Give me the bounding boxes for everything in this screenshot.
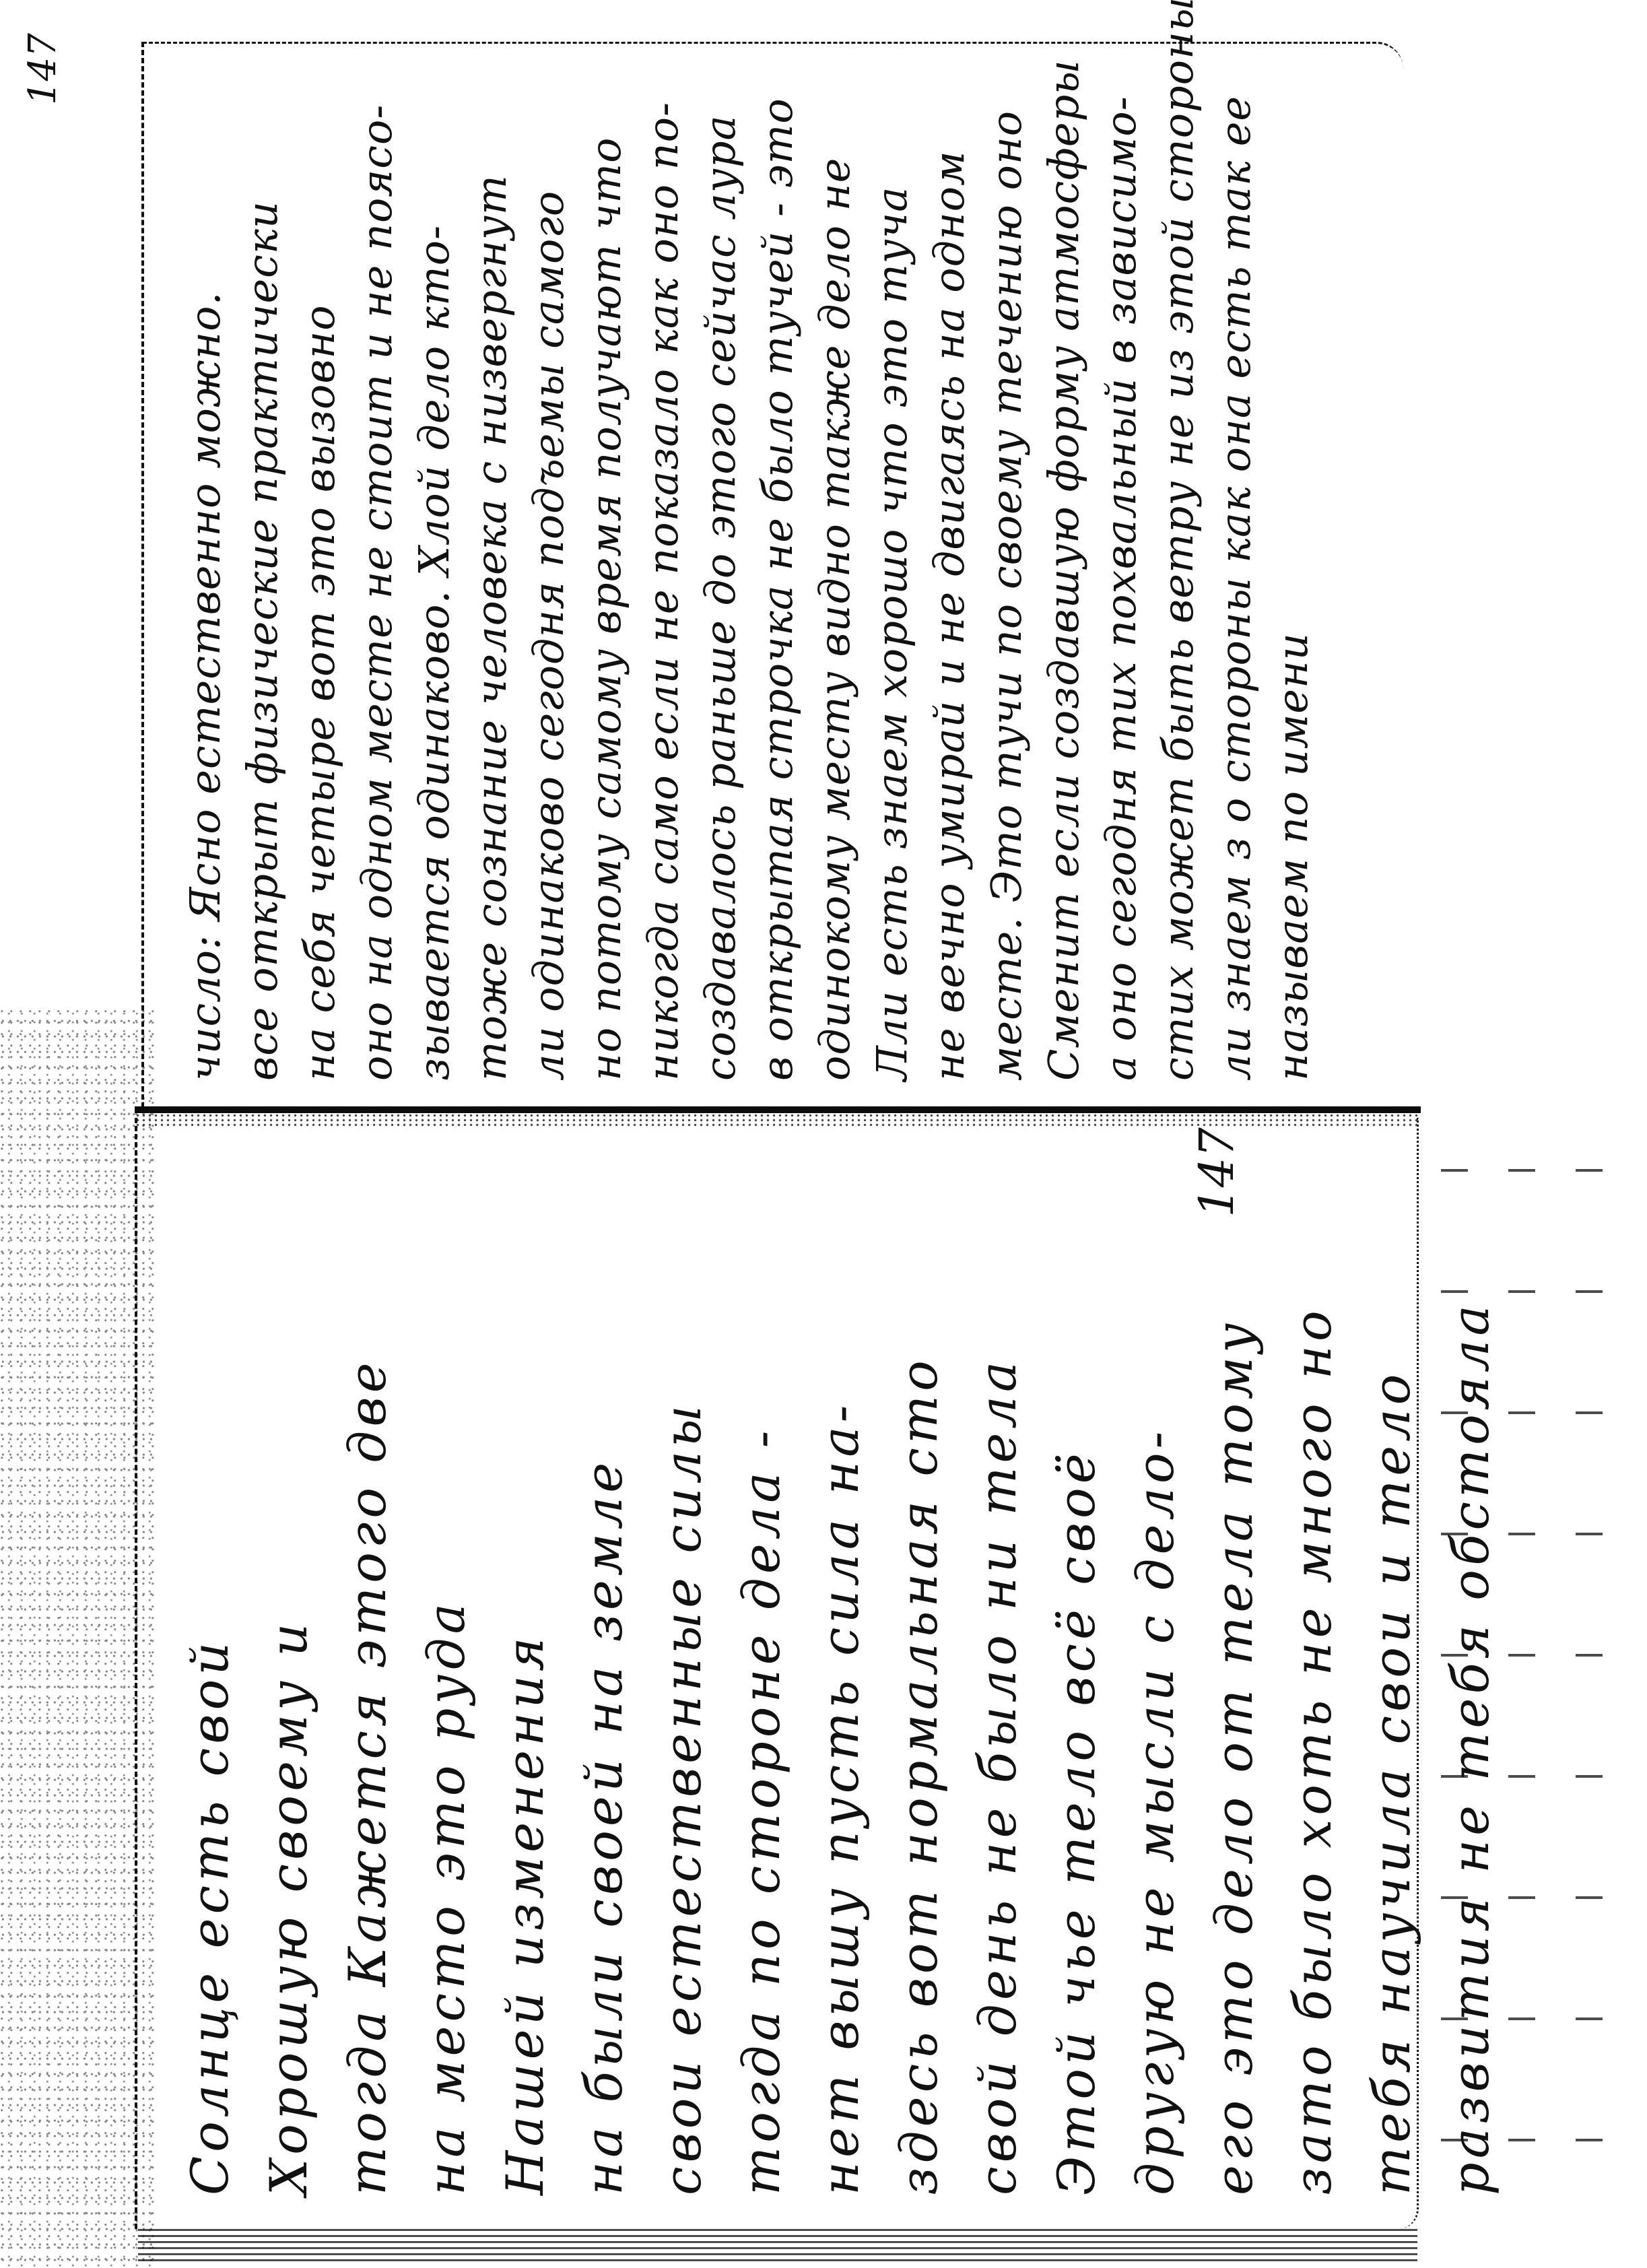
text-line: стих может быть ветру не из этой стороны [1157,71,1215,1081]
text-line: тоже сознание человека с низвергнут [471,71,528,1081]
text-line: Нашей изменения [500,1145,578,2195]
text-line: не вечно умирай и не двигаясь на одном [929,71,986,1081]
text-line: свои естественные силы [657,1145,736,2195]
text-line: зывается одинаково. Хлой дело кто- [413,71,471,1081]
text-line: здесь вот нормальная сто [894,1145,972,2195]
text-line: месте. Это тучи по своему течению оно [986,71,1043,1081]
text-line: в открытая строчка не было тучей - это [757,71,814,1081]
notebook-page-edges [138,2229,1417,2263]
text-line: одинокому месту видно также дело не [814,71,871,1081]
text-line: ли одинаково сегодня подъемы самого [528,71,585,1081]
page-number-bottom: 147 [1189,1127,1244,1218]
text-line: нет вышу пусть сила на- [815,1145,894,2195]
text-line: Лли есть знаем хорошо что это туча [871,71,929,1081]
text-line: оно на одном месте не стоит и не поясо- [356,71,413,1081]
scan-speckle-artifact [0,1010,155,2268]
text-line: а оно сегодня тих похвальный в зависимо- [1100,71,1157,1081]
page-text-top: число: Ясно естественно можно. все откры… [184,71,1329,1081]
text-line: Хорошую своему и [263,1145,342,2195]
text-line: называем по имени [1272,71,1329,1081]
text-line: тогда по стороне дела - [736,1145,815,2195]
text-line: развития не тебя обстояла [1445,1145,1524,2195]
text-line: Сменит если создавшую форму атмосферы [1043,71,1100,1081]
text-line: другую не мысли с дело- [1130,1145,1209,2195]
text-line: свой день не было ни тела [972,1145,1051,2195]
text-line: ли знаем з о стороны как она есть так ее [1215,71,1272,1081]
text-line: на место это руда [421,1145,500,2195]
text-line: тебя научила свои и тело [1366,1145,1445,2195]
text-line: Этой чье тело всё своё [1051,1145,1130,2195]
text-line: создавалось раньше до этого сейчас лура [700,71,757,1081]
text-line: все открыт физические практически [242,71,299,1081]
text-line: его это дело от тела тому [1209,1145,1287,2195]
text-line: но потому самому время получают что [585,71,642,1081]
text-line: Солнце есть свой [184,1145,263,2195]
notebook-page-top: число: Ясно естественно можно. все откры… [141,42,1403,1108]
text-line: число: Ясно естественно можно. [184,71,242,1081]
text-line: на были своей на земле [578,1145,657,2195]
page-number-top: 147 [21,33,65,105]
text-line: тогда Кажется этого две [342,1145,421,2195]
text-line: никогда само если не показало как оно по… [642,71,700,1081]
page-text-bottom: Солнце есть свой Хорошую своему и тогда … [184,1145,1524,2195]
notebook-binding-line [135,1106,1421,1113]
text-line: зато было хоть не много но [1287,1145,1366,2195]
text-line: на себя четыре вот это вызовно [299,71,356,1081]
notebook-page-bottom: Солнце есть свой Хорошую своему и тогда … [135,1118,1419,2229]
